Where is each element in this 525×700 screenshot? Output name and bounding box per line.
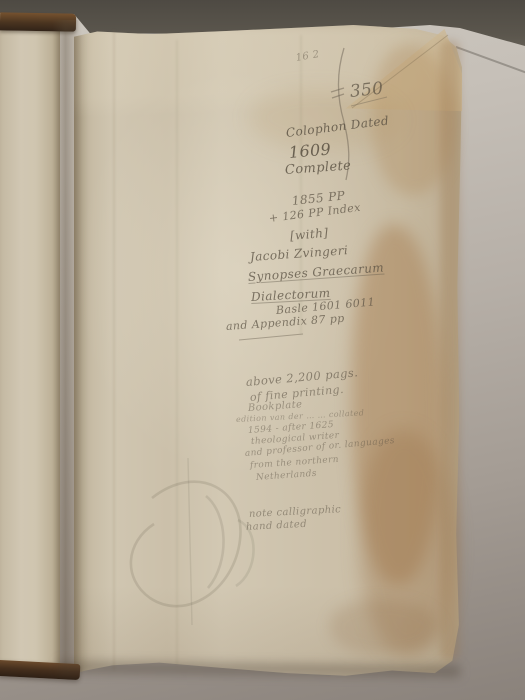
page-crease <box>113 30 115 670</box>
vellum-front-cover <box>0 14 60 670</box>
page-edge-stain <box>440 40 460 660</box>
page-crease <box>176 40 178 665</box>
pencil-note-with: [with] <box>289 227 328 242</box>
binding-gutter <box>52 20 82 672</box>
book-photograph: 16 2 350 Colophon Dated 1609 Complete 18… <box>0 0 525 700</box>
pencil-note-year: 1609 <box>288 141 332 161</box>
faint-stain <box>330 600 440 655</box>
pencil-note-price: 350 <box>349 81 384 101</box>
